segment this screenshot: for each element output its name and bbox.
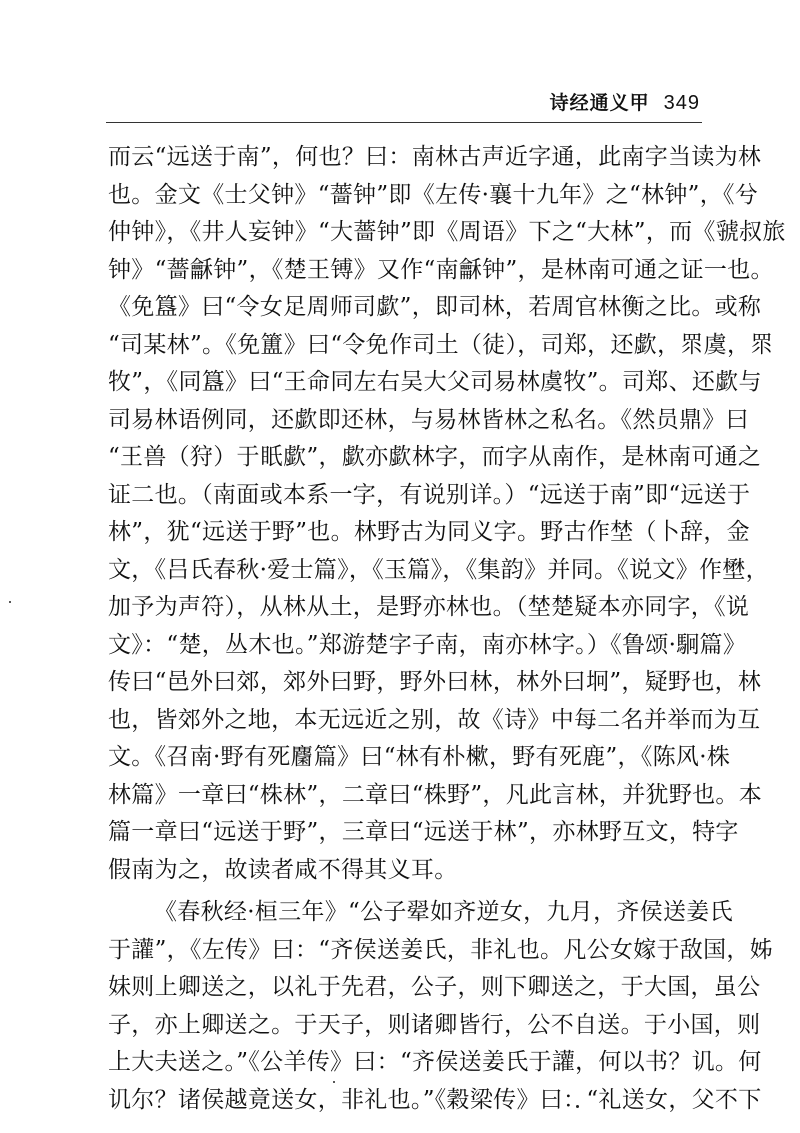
text-line: 司易林语例同，还歔即还林，与易林皆林之私名。《然员鼎》曰 (108, 402, 700, 440)
header-rule (106, 122, 702, 123)
text-line: 传曰“邑外曰郊，郊外曰野，野外曰林，林外曰坰”，疑野也，林 (108, 664, 700, 702)
text-line: 上大夫送之。”《公羊传》曰：“齐侯送姜氏于讙，何以书？讥。何 (108, 1044, 700, 1082)
text-line: 文。《召南·野有死麕篇》曰“林有朴樕，野有死鹿”，《陈风·株 (108, 739, 700, 777)
text-line: 也，皆郊外之地，本无远近之别，故《诗》中每二名并举而为互 (108, 702, 700, 740)
text-line: 妹则上卿送之，以礼于先君，公子，则下卿送之，于大国，虽公 (108, 969, 700, 1007)
text-line: 《春秋经·桓三年》“公子翚如齐逆女，九月，齐侯送姜氏 (108, 894, 700, 932)
text-line: 也。金文《士父钟》“薔钟”即《左传·襄十九年》之“林钟”，《兮 (108, 177, 700, 215)
scan-speck (333, 1081, 335, 1083)
running-header: 诗经通义甲349 (106, 88, 700, 118)
book-title: 诗经通义甲 (550, 92, 650, 114)
body-text: 而云“远送于南”，何也？曰：南林古声近字通，此南字当读为林 也。金文《士父钟》“… (108, 139, 700, 1119)
text-line: 文，《吕氏春秋·爱士篇》，《玉篇》，《集韵》并同。《说文》作壄， (108, 552, 700, 590)
text-line: 《免簋》曰“令女足周师司歔”，即司林，若周官林衡之比。或称 (108, 289, 700, 327)
text-line: “王兽（狩）于眂歔”，歔亦歔林字，而字从南作，是林南可通之 (108, 439, 700, 477)
text-line: 仲钟》，《井人妄钟》“大薔钟”即《周语》下之“大林”，而《虢叔旅 (108, 214, 700, 252)
paragraph-2: 《春秋经·桓三年》“公子翚如齐逆女，九月，齐侯送姜氏 于讙”，《左传》曰：“齐侯… (108, 894, 700, 1119)
text-line: 而云“远送于南”，何也？曰：南林古声近字通，此南字当读为林 (108, 139, 700, 177)
text-line: 牧”，《同簋》曰“王命同左右吴大父司易林虞牧”。司郑、还歔与 (108, 364, 700, 402)
scan-speck (576, 1105, 579, 1108)
text-line: 林”，犹“远送于野”也。林野古为同义字。野古作埜（卜辞，金 (108, 514, 700, 552)
text-line: 子，亦上卿送之。于天子，则诸卿皆行，公不自送。于小国，则 (108, 1007, 700, 1045)
text-line: “司某林”。《免簠》曰“令免作司土（徒），司郑，还歔，眔虞，眔 (108, 327, 700, 365)
text-line: 于讙”，《左传》曰：“齐侯送姜氏，非礼也。凡公女嫁于敌国，姊 (108, 932, 700, 970)
text-line: 篇一章曰“远送于野”，三章曰“远送于林”，亦林野互文，特字 (108, 814, 700, 852)
text-line: 文》：“楚，丛木也。”郑游楚字子南，南亦林字。）《鲁颂·駉篇》 (108, 627, 700, 665)
text-line: 讥尔？诸侯越竟送女，非礼也。”《穀梁传》曰：“礼送女，父不下 (108, 1082, 700, 1120)
text-line: 证二也。（南面或本系一字，有说别详。）“远送于南”即“远送于 (108, 477, 700, 515)
scan-speck (9, 601, 11, 603)
text-line: 加予为声符），从林从土，是野亦林也。（埜楚疑本亦同字，《说 (108, 589, 700, 627)
text-line: 林篇》一章曰“株林”，二章曰“株野”，凡此言林，并犹野也。本 (108, 777, 700, 815)
page-number: 349 (664, 92, 700, 114)
text-line: 钟》“薔龢钟”，《楚王镈》又作“南龢钟”，是林南可通之证一也。 (108, 252, 700, 290)
text-line: 假南为之，故读者咸不得其义耳。 (108, 852, 700, 890)
paragraph-1: 而云“远送于南”，何也？曰：南林古声近字通，此南字当读为林 也。金文《士父钟》“… (108, 139, 700, 889)
scan-speck (237, 1101, 239, 1103)
